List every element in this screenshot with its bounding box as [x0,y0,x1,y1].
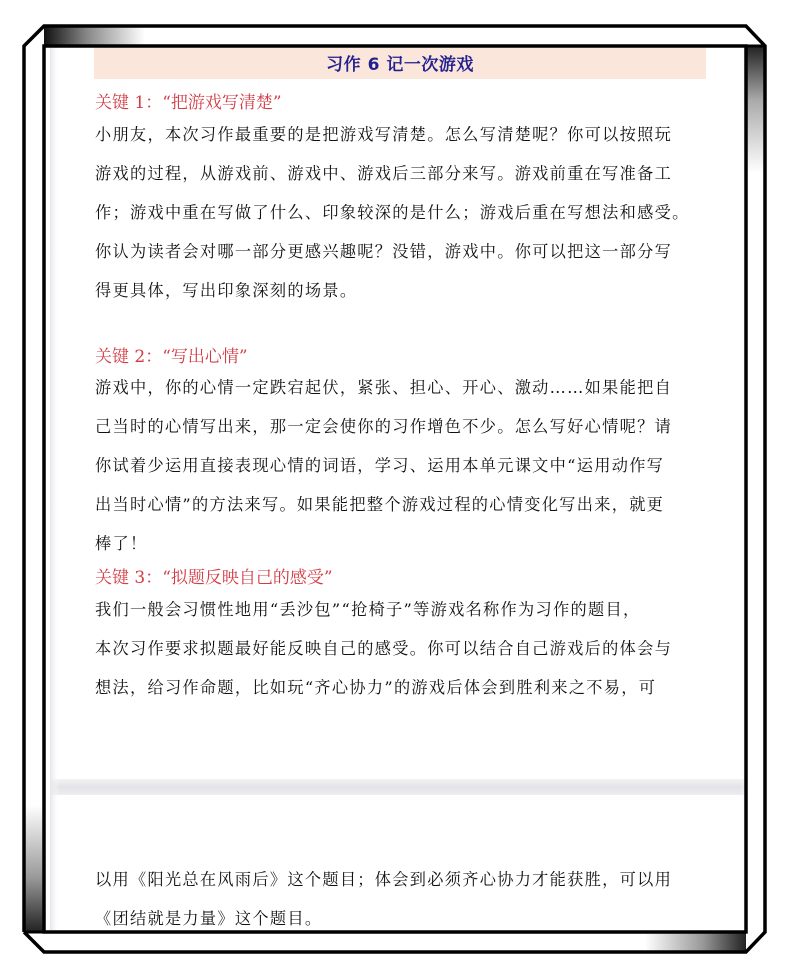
body-line: 小朋友，本次习作最重要的是把游戏写清楚。怎么写清楚呢？你可以按照玩 [95,115,710,154]
body-line: 《团结就是力量》这个题目。 [95,899,710,938]
title-band: 习作 6 记一次游戏 [94,46,706,79]
body-line: 作；游戏中重在写做了什么、印象较深的是什么；游戏后重在写想法和感受。 [95,193,710,232]
continuation-body: 以用《阳光总在风雨后》这个题目；体会到必须齐心协力才能获胜，可以用 《团结就是力… [95,860,710,938]
body-line: 想法，给习作命题，比如玩“齐心协力”的游戏后体会到胜利来之不易，可 [95,668,710,707]
body-line: 棒了！ [95,524,710,563]
section-heading-1: 关键 1：“把游戏写清楚” [95,88,282,113]
body-line: 己当时的心情写出来，那一定会使你的习作增色不少。怎么写好心情呢？请 [95,407,710,446]
body-line: 本次习作要求拟题最好能反映自己的感受。你可以结合自己游戏后的体会与 [95,629,710,668]
body-line: 游戏的过程，从游戏前、游戏中、游戏后三部分来写。游戏前重在写准备工 [95,154,710,193]
page-title: 习作 6 记一次游戏 [326,50,474,75]
body-line: 游戏中，你的心情一定跌宕起伏，紧张、担心、开心、激动……如果能把自 [95,368,710,407]
page-break-separator [50,779,750,795]
section-heading-2: 关键 2：“写出心情” [95,342,248,367]
body-line: 出当时心情”的方法来写。如果能把整个游戏过程的心情变化写出来，就更 [95,485,710,524]
body-line: 以用《阳光总在风雨后》这个题目；体会到必须齐心协力才能获胜，可以用 [95,860,710,899]
body-line: 我们一般会习惯性地用“丢沙包”“抢椅子”等游戏名称作为习作的题目， [95,590,710,629]
section-body-3: 我们一般会习惯性地用“丢沙包”“抢椅子”等游戏名称作为习作的题目， 本次习作要求… [95,590,710,707]
body-line: 你认为读者会对哪一部分更感兴趣呢？没错，游戏中。你可以把这一部分写 [95,232,710,271]
body-line: 得更具体，写出印象深刻的场景。 [95,271,710,310]
section-heading-3: 关键 3：“拟题反映自己的感受” [95,563,333,588]
body-line: 你试着少运用直接表现心情的词语，学习、运用本单元课文中“运用动作写 [95,446,710,485]
section-body-2: 游戏中，你的心情一定跌宕起伏，紧张、担心、开心、激动……如果能把自 己当时的心情… [95,368,710,563]
section-body-1: 小朋友，本次习作最重要的是把游戏写清楚。怎么写清楚呢？你可以按照玩 游戏的过程，… [95,115,710,310]
